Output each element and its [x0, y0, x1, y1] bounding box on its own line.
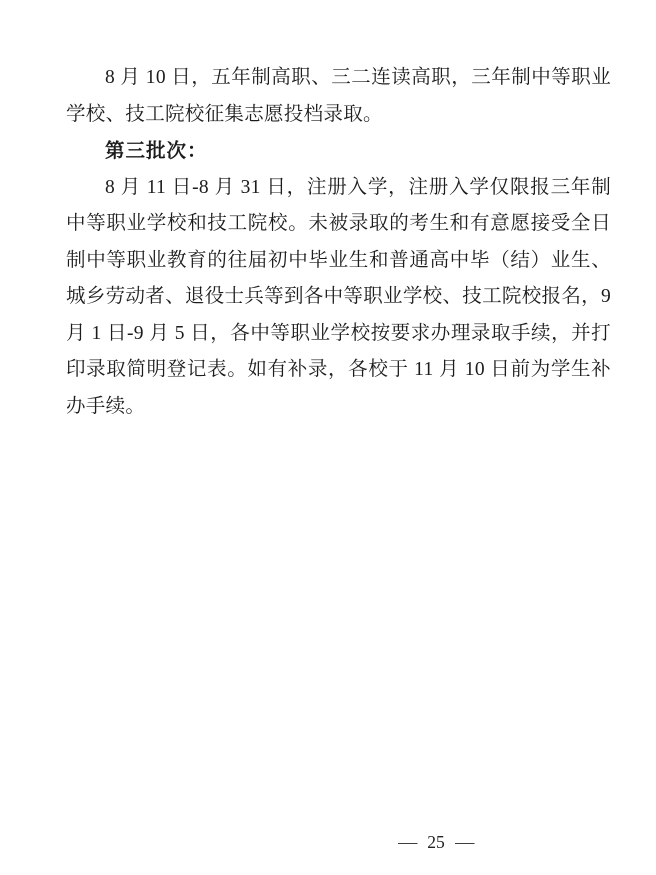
footer-right-dash: —: [453, 832, 477, 852]
text-block: 8 月 10 日，五年制高职、三二连读高职，三年制中等职业学校、技工院校征集志愿…: [66, 60, 611, 425]
heading-third-batch: 第三批次：: [66, 133, 611, 170]
page-footer: —25—: [0, 832, 656, 852]
page-number: 25: [418, 832, 454, 852]
page-number-group: —25—: [397, 832, 476, 852]
paragraph-third-batch-details: 8 月 11 日-8 月 31 日，注册入学，注册入学仅限报三年制中等职业学校和…: [66, 170, 611, 426]
paragraph-batch2-schedule: 8 月 10 日，五年制高职、三二连读高职，三年制中等职业学校、技工院校征集志愿…: [66, 60, 611, 133]
footer-left-dash: —: [396, 832, 420, 852]
document-page: 8 月 10 日，五年制高职、三二连读高职，三年制中等职业学校、技工院校征集志愿…: [0, 0, 656, 875]
